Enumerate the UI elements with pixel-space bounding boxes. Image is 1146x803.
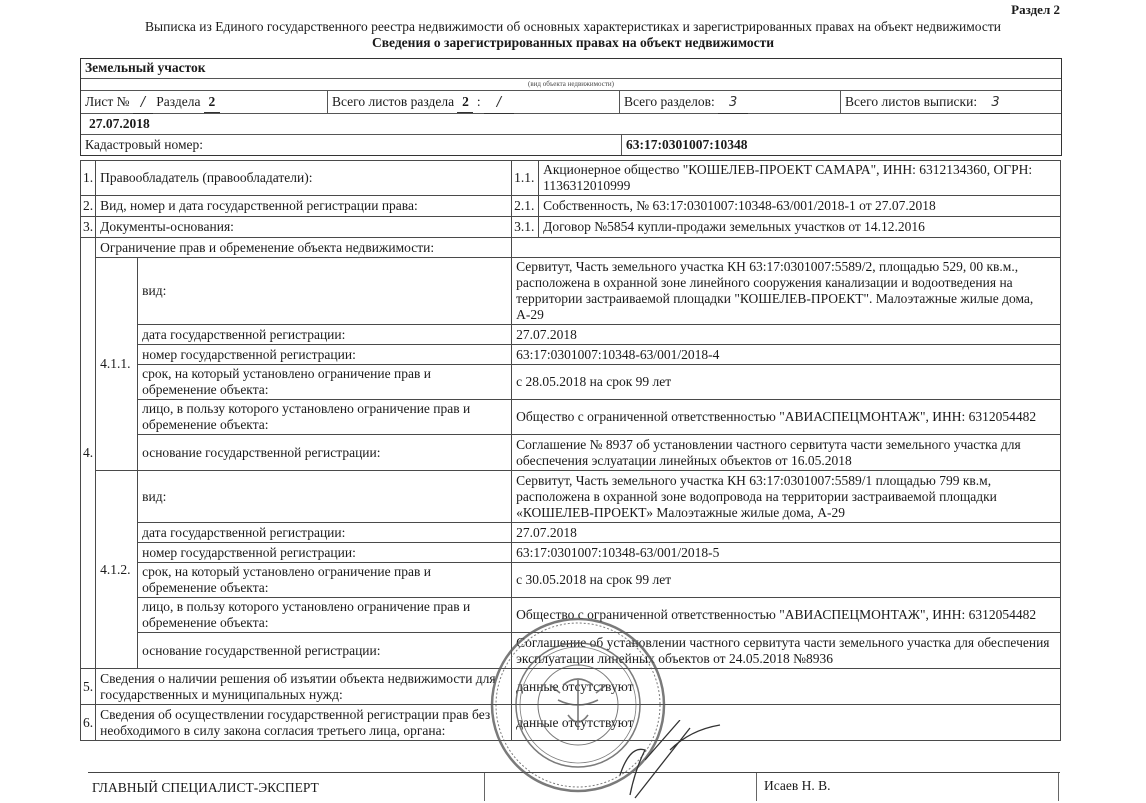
total-sheets-section-label: Всего листов раздела bbox=[332, 94, 454, 109]
total-sections: Всего разделов: 3 bbox=[619, 91, 840, 113]
encumbrance-basis: Соглашение № 8937 об установлении частно… bbox=[512, 435, 1061, 471]
encumbrance-beneficiary: Общество с ограниченной ответственностью… bbox=[512, 598, 1061, 633]
row-sub-number: 2.1. bbox=[512, 196, 539, 217]
row-number: 1. bbox=[81, 161, 96, 196]
encumbrance-id: 4.1.1. bbox=[96, 258, 138, 471]
empty-cell bbox=[512, 238, 1061, 258]
encumbrance-reg-number: 63:17:0301007:10348-63/001/2018-5 bbox=[512, 543, 1061, 563]
field-label: вид: bbox=[138, 258, 512, 325]
field-label: лицо, в пользу которого установлено огра… bbox=[138, 598, 512, 633]
encumbrance-kind: Сервитут, Часть земельного участка КН 63… bbox=[512, 471, 1061, 523]
total-sheets-value: 3 bbox=[980, 93, 1010, 114]
header-block: Земельный участок (вид объекта недвижимо… bbox=[80, 58, 1062, 156]
table-row: основание государственной регистрации: С… bbox=[81, 435, 1061, 471]
signer-role: ГЛАВНЫЙ СПЕЦИАЛИСТ-ЭКСПЕРТ bbox=[92, 780, 319, 796]
field-label: номер государственной регистрации: bbox=[138, 345, 512, 365]
object-type-caption: (вид объекта недвижимости) bbox=[81, 79, 1061, 90]
table-row: номер государственной регистрации: 63:17… bbox=[81, 345, 1061, 365]
field-label: срок, на который установлено ограничение… bbox=[138, 563, 512, 598]
row-label: Сведения о наличии решения об изъятии об… bbox=[96, 669, 512, 705]
encumbrance-id: 4.1.2. bbox=[96, 471, 138, 669]
section-label: Раздел 2 bbox=[1011, 2, 1060, 18]
extract-date: 27.07.2018 bbox=[81, 114, 154, 134]
row-label: Правообладатель (правообладатели): bbox=[96, 161, 512, 196]
total-sections-label: Всего разделов: bbox=[624, 94, 715, 109]
table-row: 3. Документы-основания: 3.1. Договор №58… bbox=[81, 217, 1061, 238]
document-subtitle: Сведения о зарегистрированных правах на … bbox=[0, 35, 1146, 51]
footer-divider bbox=[1058, 773, 1059, 801]
row-sub-number: 1.1. bbox=[512, 161, 539, 196]
row-number: 4. bbox=[81, 238, 96, 669]
field-label: дата государственной регистрации: bbox=[138, 325, 512, 345]
table-row: 4.1.1. вид: Сервитут, Часть земельного у… bbox=[81, 258, 1061, 325]
field-label: срок, на который установлено ограничение… bbox=[138, 365, 512, 400]
row-label: Документы-основания: bbox=[96, 217, 512, 238]
field-label: номер государственной регистрации: bbox=[138, 543, 512, 563]
table-row: лицо, в пользу которого установлено огра… bbox=[81, 598, 1061, 633]
documents-value: Договор №5854 купли-продажи земельных уч… bbox=[539, 217, 1061, 238]
encumbrance-term: с 28.05.2018 на срок 99 лет bbox=[512, 365, 1061, 400]
rights-table: 1. Правообладатель (правообладатели): 1.… bbox=[80, 160, 1061, 741]
table-row: 4. Ограничение прав и обременение объект… bbox=[81, 238, 1061, 258]
registration-value: Собственность, № 63:17:0301007:10348-63/… bbox=[539, 196, 1061, 217]
signature-footer: ГЛАВНЫЙ СПЕЦИАЛИСТ-ЭКСПЕРТ Исаев Н. В. bbox=[88, 772, 1060, 803]
row-number: 2. bbox=[81, 196, 96, 217]
sheet-value: / bbox=[133, 93, 153, 114]
cadastral-label: Кадастровый номер: bbox=[81, 135, 621, 155]
table-row: лицо, в пользу которого установлено огра… bbox=[81, 400, 1061, 435]
row-label: Вид, номер и дата государственной регист… bbox=[96, 196, 512, 217]
table-row: срок, на который установлено ограничение… bbox=[81, 563, 1061, 598]
section-of-label: Раздела bbox=[156, 94, 200, 109]
total-sections-value: 3 bbox=[718, 93, 748, 114]
signer-name: Исаев Н. В. bbox=[764, 778, 831, 794]
encumbrance-reg-date: 27.07.2018 bbox=[512, 325, 1061, 345]
table-row: 2. Вид, номер и дата государственной рег… bbox=[81, 196, 1061, 217]
table-row: 6. Сведения об осуществлении государстве… bbox=[81, 705, 1061, 741]
table-row: дата государственной регистрации: 27.07.… bbox=[81, 523, 1061, 543]
table-row: 4.1.2. вид: Сервитут, Часть земельного у… bbox=[81, 471, 1061, 523]
section-of-value: 2 bbox=[204, 92, 220, 113]
total-sheets: Всего листов выписки: 3 bbox=[840, 91, 1061, 113]
row-sub-number: 3.1. bbox=[512, 217, 539, 238]
encumbrance-reg-date: 27.07.2018 bbox=[512, 523, 1061, 543]
total-sheets-section-num: 2 bbox=[457, 92, 473, 113]
encumbrance-term: с 30.05.2018 на срок 99 лет bbox=[512, 563, 1061, 598]
footer-divider bbox=[756, 773, 757, 801]
table-row: основание государственной регистрации: С… bbox=[81, 633, 1061, 669]
row-number: 5. bbox=[81, 669, 96, 705]
sheet-label: Лист № bbox=[85, 94, 130, 109]
field-label: дата государственной регистрации: bbox=[138, 523, 512, 543]
row-label: Ограничение прав и обременение объекта н… bbox=[96, 238, 512, 258]
row-number: 3. bbox=[81, 217, 96, 238]
table-row: номер государственной регистрации: 63:17… bbox=[81, 543, 1061, 563]
field-label: основание государственной регистрации: bbox=[138, 435, 512, 471]
encumbrance-reg-number: 63:17:0301007:10348-63/001/2018-4 bbox=[512, 345, 1061, 365]
rightholder-value: Акционерное общество "КОШЕЛЕВ-ПРОЕКТ САМ… bbox=[539, 161, 1061, 196]
total-sheets-label: Всего листов выписки: bbox=[845, 94, 977, 109]
table-row: 5. Сведения о наличии решения об изъятии… bbox=[81, 669, 1061, 705]
footer-divider bbox=[484, 773, 485, 801]
total-sheets-section-value: / bbox=[484, 93, 514, 114]
total-sheets-section: Всего листов раздела 2 : / bbox=[327, 91, 619, 113]
row-number: 6. bbox=[81, 705, 96, 741]
field-label: лицо, в пользу которого установлено огра… bbox=[138, 400, 512, 435]
field-label: вид: bbox=[138, 471, 512, 523]
table-row: 1. Правообладатель (правообладатели): 1.… bbox=[81, 161, 1061, 196]
field-label: основание государственной регистрации: bbox=[138, 633, 512, 669]
object-type: Земельный участок bbox=[81, 59, 210, 78]
consent-value: данные отсутствуют bbox=[512, 705, 1061, 741]
row-label: Сведения об осуществлении государственно… bbox=[96, 705, 512, 741]
document-title: Выписка из Единого государственного реес… bbox=[0, 19, 1146, 35]
sheet-number: Лист № / Раздела 2 bbox=[81, 91, 327, 113]
encumbrance-basis: Соглашение об установлении частного серв… bbox=[512, 633, 1061, 669]
seizure-value: данные отсутствуют bbox=[512, 669, 1061, 705]
table-row: срок, на который установлено ограничение… bbox=[81, 365, 1061, 400]
encumbrance-kind: Сервитут, Часть земельного участка КН 63… bbox=[512, 258, 1061, 325]
encumbrance-beneficiary: Общество с ограниченной ответственностью… bbox=[512, 400, 1061, 435]
table-row: дата государственной регистрации: 27.07.… bbox=[81, 325, 1061, 345]
cadastral-number: 63:17:0301007:10348 bbox=[621, 135, 1061, 155]
